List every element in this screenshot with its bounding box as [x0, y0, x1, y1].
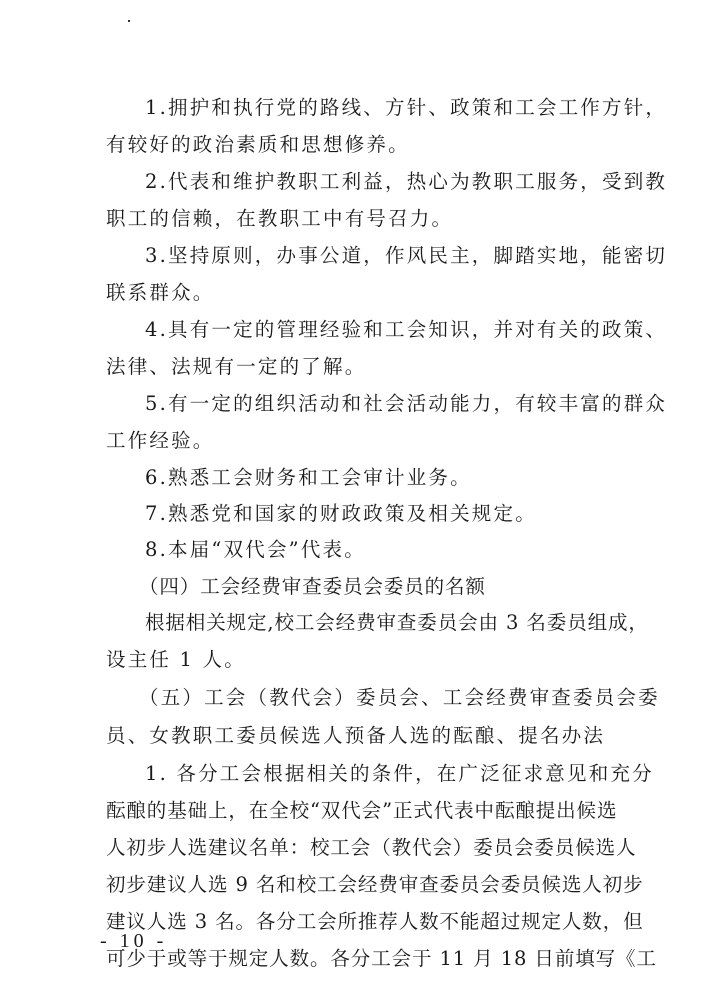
section-4-body-line-1: 根据相关规定,校工会经费审查委员会由 3 名委员组成， [145, 605, 649, 641]
criterion-1-line-2: 有较好的政治素质和思想修养。 [106, 127, 410, 163]
criterion-7: 7.熟悉党和国家的财政政策及相关规定。 [145, 496, 537, 532]
section-5-item-1-line-1: 1. 各分工会根据相关的条件，在广泛征求意见和充分 [145, 756, 654, 792]
section-4-body-line-2: 设主任 1 人。 [106, 642, 246, 678]
scan-speck [128, 20, 130, 22]
criterion-8: 8.本届“双代会”代表。 [145, 532, 366, 568]
criterion-5-line-1: 5.有一定的组织活动和社会活动能力，有较丰富的群众 [145, 386, 667, 422]
criterion-5-line-2: 工作经验。 [106, 423, 215, 459]
section-5-item-1-line-2: 酝酿的基础上，在全校“双代会”正式代表中酝酿提出候选 [106, 793, 617, 829]
criterion-6: 6.熟悉工会财务和工会审计业务。 [145, 460, 472, 496]
section-5-heading-line-2: 员、女教职工委员候选人预备人选的酝酿、提名办法 [106, 718, 605, 754]
criterion-1-line-1: 1.拥护和执行党的路线、方针、政策和工会工作方针， [145, 90, 667, 126]
section-5-item-1-line-4: 初步建议人选 9 名和校工会经费审查委员会委员候选人初步 [106, 867, 644, 903]
criterion-2-line-1: 2.代表和维护教职工利益，热心为教职工服务，受到教 [145, 164, 667, 200]
criterion-3-line-1: 3.坚持原则，办事公道，作风民主，脚踏实地，能密切 [145, 238, 667, 274]
section-5-item-1-line-5: 建议人选 3 名。各分工会所推荐人数不能超过规定人数，但 [106, 904, 644, 940]
section-5-item-1-line-3: 人初步人选建议名单：校工会（教代会）委员会委员候选人 [106, 830, 636, 866]
criterion-2-line-2: 职工的信赖，在教职工中有号召力。 [106, 201, 453, 237]
section-5-heading-line-1: （五）工会（教代会）委员会、工会经费审查委员会委 [139, 680, 660, 716]
section-5-item-1-line-6: 可少于或等于规定人数。各分工会于 11 月 18 日前填写《工 [106, 941, 657, 977]
section-4-heading: （四）工会经费审查委员会委员的名额 [139, 569, 486, 605]
criterion-4-line-2: 法律、法规有一定的了解。 [106, 349, 366, 385]
criterion-3-line-2: 联系群众。 [106, 275, 215, 311]
document-page: 1.拥护和执行党的路线、方针、政策和工会工作方针， 有较好的政治素质和思想修养。… [0, 0, 705, 1003]
page-number: - 10 - [100, 930, 167, 953]
criterion-4-line-1: 4.具有一定的管理经验和工会知识，并对有关的政策、 [145, 312, 667, 348]
